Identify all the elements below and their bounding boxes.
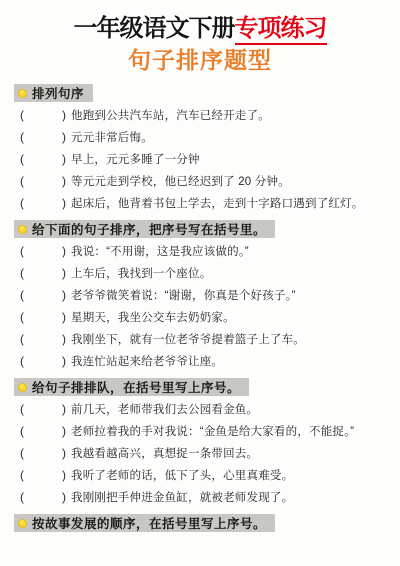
sentence-item: () 我说：“不用谢，这是我应该做的。” [0,240,400,262]
paren-close: ) [62,424,66,438]
paren-close: ) [62,288,66,302]
sentence-item: () 早上，元元多睡了一分钟 [0,148,400,170]
sentence-text: 老爷爷微笑着说：“谢谢，你真是个好孩子。” [71,287,296,303]
sentence-item: () 我刚刚把手伸进金鱼缸，就被老师发现了。 [0,486,400,508]
section-story-order: 按故事发展的顺序，在括号里写上序号。 [0,514,400,534]
section-title: 给下面的句子排序，把序号写在括号里。 [32,220,266,238]
answer-blank: () [20,490,66,504]
sentence-text: 我越看越高兴，真想捉一条带回去。 [71,445,258,461]
sentence-text: 起床后，他背着书包上学去，走到十字路口遇到了红灯。 [71,195,364,211]
page-title: 一年级语文下册专项练习 [0,13,400,45]
section-header: 给句子排排队，在括号里写上序号。 [14,378,249,396]
sentence-text: 他跑到公共汽车站，汽车已经开走了。 [71,107,270,123]
paren-close: ) [62,108,66,122]
sentence-text: 我连忙站起来给老爷爷让座。 [71,353,223,369]
title-highlight-text: 专项练习 [235,15,327,45]
sentence-text: 我说：“不用谢，这是我应该做的。” [71,243,249,259]
sentence-text: 早上，元元多睡了一分钟 [71,151,200,167]
answer-blank: () [20,310,66,324]
section-title: 按故事发展的顺序，在括号里写上序号。 [32,514,266,532]
section-title: 给句子排排队，在括号里写上序号。 [32,378,240,396]
paren-open: ( [20,266,24,280]
sentence-text: 元元非常后悔。 [71,129,153,145]
section-line-up-sentences: 给句子排排队，在括号里写上序号。 () 前几天，老师带我们去公园看金鱼。 () … [0,378,400,508]
paren-open: ( [20,288,24,302]
section-header: 排列句序 [14,84,93,102]
title-grade-text: 一年级语文下册 [74,15,235,42]
paren-open: ( [20,468,24,482]
section-header: 按故事发展的顺序，在括号里写上序号。 [14,514,275,532]
answer-blank: () [20,288,66,302]
answer-blank: () [20,468,66,482]
sun-bullet-icon [18,383,27,392]
answer-blank: () [20,174,66,188]
worksheet-page: 一年级语文下册专项练习 句子排序题型 排列句序 () 他跑到公共汽车站，汽车已经… [0,0,400,566]
paren-open: ( [20,490,24,504]
sentence-text: 我刚坐下，就有一位老爷爷提着篮子上了车。 [71,331,305,347]
sentence-text: 我听了老师的话，低下了头，心里真难受。 [71,467,293,483]
section-arrange-sentences: 排列句序 () 他跑到公共汽车站，汽车已经开走了。 () 元元非常后悔。 () … [0,84,400,214]
paren-open: ( [20,402,24,416]
paren-open: ( [20,310,24,324]
paren-close: ) [62,446,66,460]
page-subtitle: 句子排序题型 [0,45,400,75]
sentence-item: () 老爷爷微笑着说：“谢谢，你真是个好孩子。” [0,284,400,306]
answer-blank: () [20,108,66,122]
sentence-text: 我刚刚把手伸进金鱼缸，就被老师发现了。 [71,489,293,505]
paren-open: ( [20,424,24,438]
sentence-text: 老师拉着我的手对我说：“金鱼是给大家看的，不能捉。” [71,423,354,439]
answer-blank: () [20,244,66,258]
paren-open: ( [20,446,24,460]
paren-close: ) [62,468,66,482]
paren-close: ) [62,130,66,144]
section-header: 给下面的句子排序，把序号写在括号里。 [14,220,275,238]
sentence-item: () 起床后，他背着书包上学去，走到十字路口遇到了红灯。 [0,192,400,214]
sentence-text: 星期天，我坐公交车去奶奶家。 [71,309,235,325]
sentence-text: 前几天，老师带我们去公园看金鱼。 [71,401,258,417]
sentence-text: 等元元走到学校，他已经迟到了 20 分钟。 [71,173,290,189]
section-title: 排列句序 [32,84,84,102]
sentence-item: () 我越看越高兴，真想捉一条带回去。 [0,442,400,464]
sentence-text: 上车后，我找到一个座位。 [71,265,211,281]
paren-close: ) [62,266,66,280]
answer-blank: () [20,152,66,166]
paren-open: ( [20,332,24,346]
sun-bullet-icon [18,519,27,528]
answer-blank: () [20,266,66,280]
paren-close: ) [62,244,66,258]
paren-close: ) [62,310,66,324]
answer-blank: () [20,196,66,210]
sentence-item: () 星期天，我坐公交车去奶奶家。 [0,306,400,328]
paren-open: ( [20,152,24,166]
answer-blank: () [20,130,66,144]
paren-open: ( [20,174,24,188]
answer-blank: () [20,446,66,460]
paren-close: ) [62,490,66,504]
paren-close: ) [62,402,66,416]
paren-open: ( [20,354,24,368]
sentence-item: () 上车后，我找到一个座位。 [0,262,400,284]
paren-close: ) [62,332,66,346]
paren-open: ( [20,130,24,144]
sun-bullet-icon [18,225,27,234]
paren-close: ) [62,196,66,210]
answer-blank: () [20,402,66,416]
paren-close: ) [62,174,66,188]
sun-bullet-icon [18,89,27,98]
answer-blank: () [20,424,66,438]
sentence-item: () 他跑到公共汽车站，汽车已经开走了。 [0,104,400,126]
sentence-item: () 等元元走到学校，他已经迟到了 20 分钟。 [0,170,400,192]
sentence-item: () 我刚坐下，就有一位老爷爷提着篮子上了车。 [0,328,400,350]
sentence-item: () 我连忙站起来给老爷爷让座。 [0,350,400,372]
paren-close: ) [62,354,66,368]
paren-open: ( [20,196,24,210]
paren-open: ( [20,244,24,258]
sentence-item: () 老师拉着我的手对我说：“金鱼是给大家看的，不能捉。” [0,420,400,442]
sentence-item: () 元元非常后悔。 [0,126,400,148]
section-order-with-numbers: 给下面的句子排序，把序号写在括号里。 () 我说：“不用谢，这是我应该做的。” … [0,220,400,372]
paren-open: ( [20,108,24,122]
answer-blank: () [20,354,66,368]
answer-blank: () [20,332,66,346]
sentence-item: () 前几天，老师带我们去公园看金鱼。 [0,398,400,420]
sentence-item: () 我听了老师的话，低下了头，心里真难受。 [0,464,400,486]
paren-close: ) [62,152,66,166]
